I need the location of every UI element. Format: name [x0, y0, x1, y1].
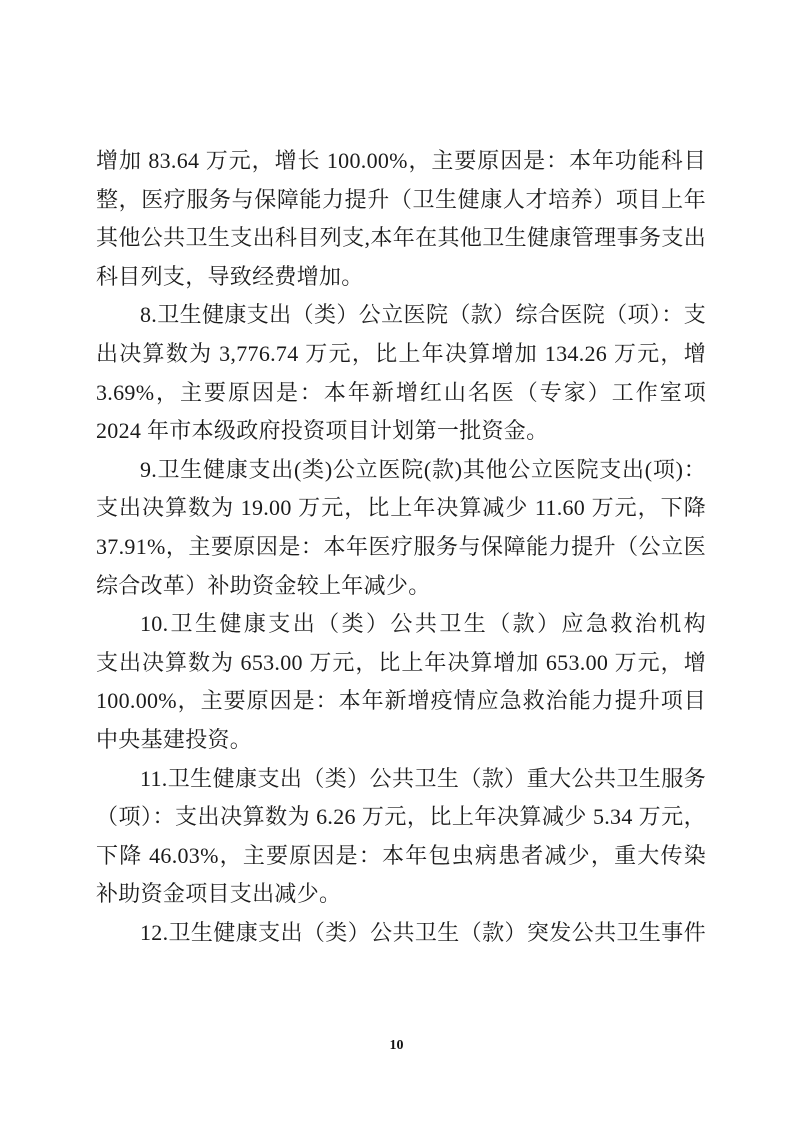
- text-line: 37.91%，主要原因是：本年医疗服务与保障能力提升（公立医院: [96, 528, 706, 567]
- text-line: 支出决算数为 19.00 万元，比上年决算减少 11.60 万元，下降: [96, 489, 706, 528]
- text-line: 综合改革）补助资金较上年减少。: [96, 567, 706, 606]
- text-line: 支出决算数为 653.00 万元，比上年决算增加 653.00 万元，增长: [96, 644, 706, 683]
- document-body: 增加 83.64 万元，增长 100.00%，主要原因是：本年功能科目调整，医疗…: [96, 142, 706, 952]
- text-line: 9.卫生健康支出(类)公立医院(款)其他公立医院支出(项)：: [96, 451, 706, 490]
- paragraph-continuation: 增加 83.64 万元，增长 100.00%，主要原因是：本年功能科目调整，医疗…: [96, 142, 706, 296]
- text-line: 科目列支，导致经费增加。: [96, 258, 706, 297]
- text-line: 10.卫生健康支出（类）公共卫生（款）应急救治机构（项）：: [96, 605, 706, 644]
- paragraph-item-9: 9.卫生健康支出(类)公立医院(款)其他公立医院支出(项)：支出决算数为 19.…: [96, 451, 706, 605]
- text-line: 2024 年市本级政府投资项目计划第一批资金。: [96, 412, 706, 451]
- paragraph-item-11: 11.卫生健康支出（类）公共卫生（款）重大公共卫生服务（项）：支出决算数为 6.…: [96, 760, 706, 914]
- text-line: 100.00%，主要原因是：本年新增疫情应急救治能力提升项目—: [96, 682, 706, 721]
- text-line: 出决算数为 3,776.74 万元，比上年决算增加 134.26 万元，增长: [96, 335, 706, 374]
- text-line: 增加 83.64 万元，增长 100.00%，主要原因是：本年功能科目调: [96, 142, 706, 181]
- paragraph-item-12: 12.卫生健康支出（类）公共卫生（款）突发公共卫生事件: [96, 914, 706, 953]
- text-line: 补助资金项目支出减少。: [96, 875, 706, 914]
- text-line: 下降 46.03%，主要原因是：本年包虫病患者减少，重大传染病: [96, 837, 706, 876]
- text-line: 8.卫生健康支出（类）公立医院（款）综合医院（项）：支: [96, 296, 706, 335]
- text-line: 其他公共卫生支出科目列支,本年在其他卫生健康管理事务支出: [96, 219, 706, 258]
- paragraph-item-8: 8.卫生健康支出（类）公立医院（款）综合医院（项）：支出决算数为 3,776.7…: [96, 296, 706, 450]
- paragraph-item-10: 10.卫生健康支出（类）公共卫生（款）应急救治机构（项）：支出决算数为 653.…: [96, 605, 706, 759]
- page-number: 10: [0, 1038, 793, 1054]
- text-line: 整，医疗服务与保障能力提升（卫生健康人才培养）项目上年在: [96, 181, 706, 220]
- text-line: 12.卫生健康支出（类）公共卫生（款）突发公共卫生事件: [96, 914, 706, 953]
- text-line: 中央基建投资。: [96, 721, 706, 760]
- text-line: 3.69%，主要原因是：本年新增红山名医（专家）工作室项目、: [96, 374, 706, 413]
- text-line: （项）：支出决算数为 6.26 万元，比上年决算减少 5.34 万元，: [96, 798, 706, 837]
- text-line: 11.卫生健康支出（类）公共卫生（款）重大公共卫生服务: [96, 760, 706, 799]
- document-page: 增加 83.64 万元，增长 100.00%，主要原因是：本年功能科目调整，医疗…: [0, 0, 793, 1122]
